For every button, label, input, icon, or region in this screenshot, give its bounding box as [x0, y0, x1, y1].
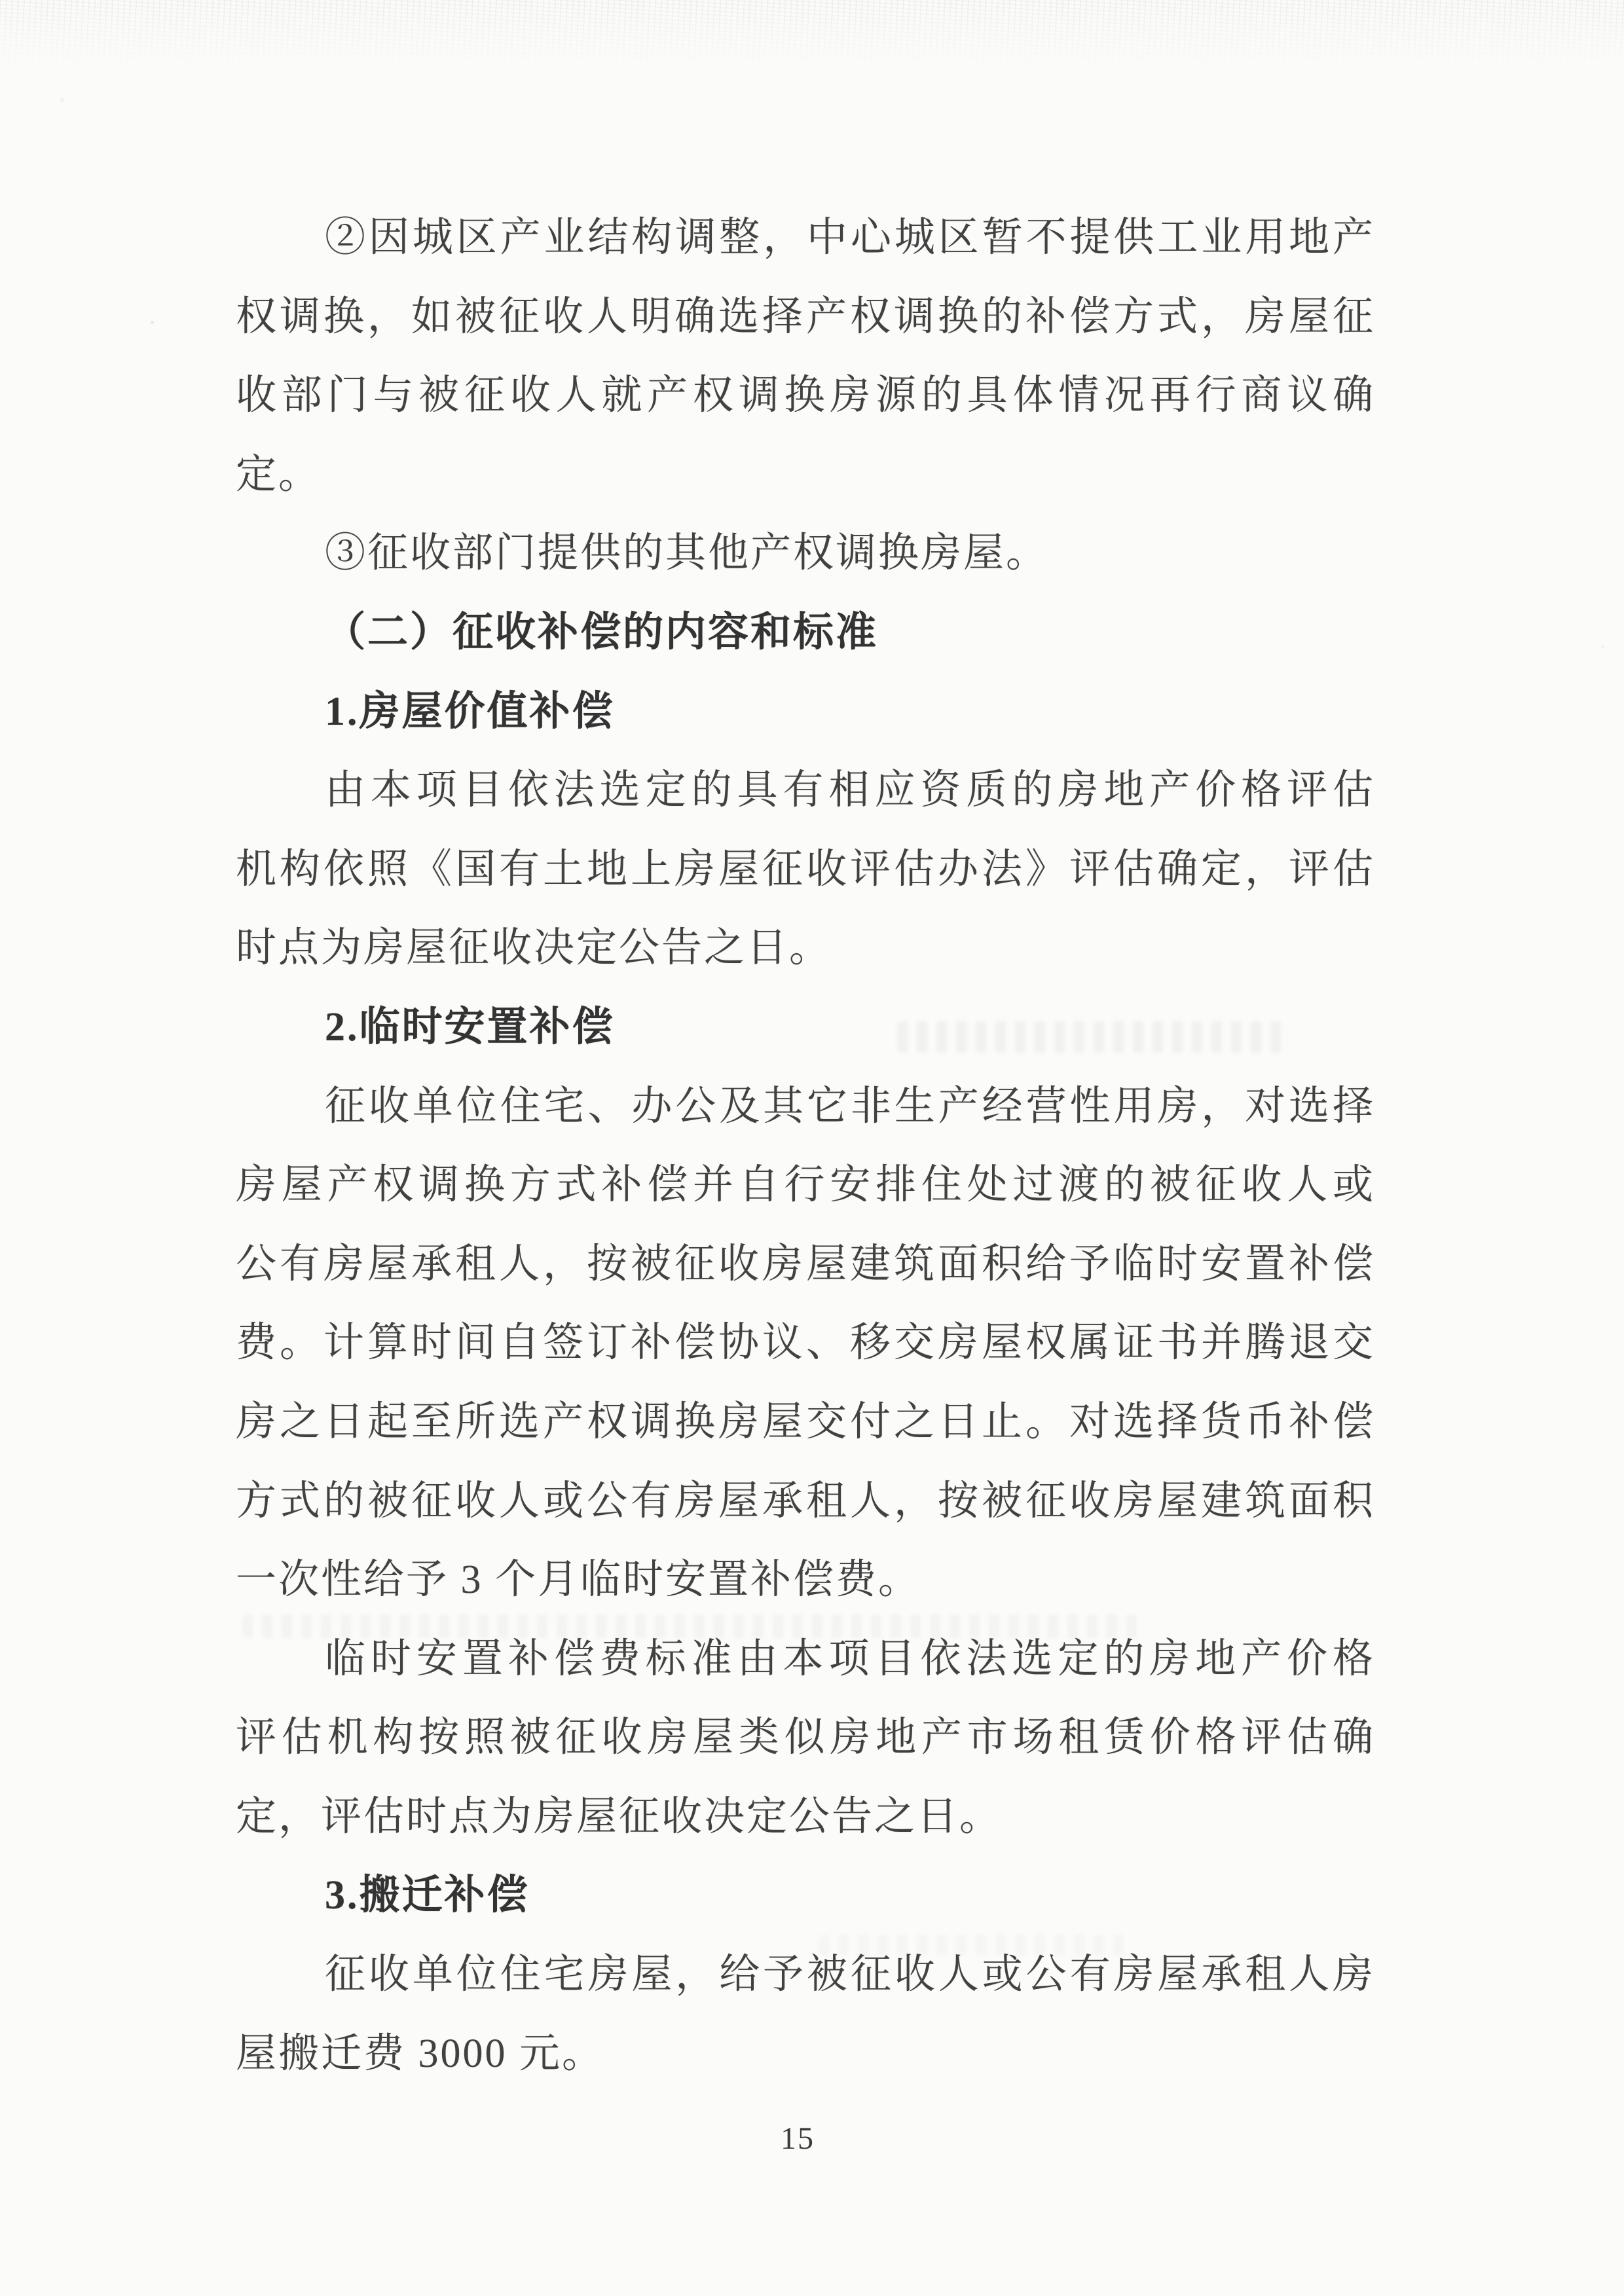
text-line: 一次性给予 3 个月临时安置补偿费。	[236, 1540, 1375, 1620]
text-line: 时点为房屋征收决定公告之日。	[236, 909, 1375, 988]
scan-noise-artifact	[0, 0, 1624, 72]
text-line: 定，评估时点为房屋征收决定公告之日。	[236, 1777, 1375, 1857]
text-line: 公有房屋承租人，按被征收房屋建筑面积给予临时安置补偿	[236, 1225, 1375, 1304]
text-line: 屋搬迁费 3000 元。	[236, 2014, 1375, 2094]
scan-speck	[1601, 645, 1604, 648]
heading-line: 3.搬迁补偿	[236, 1856, 1375, 1935]
text-line: 费。计算时间自签订补偿协议、移交房屋权属证书并腾退交	[236, 1303, 1375, 1383]
scan-speck	[151, 321, 154, 324]
text-line: 定。	[236, 435, 1375, 515]
scan-speck	[60, 98, 64, 102]
heading-line: 2.临时安置补偿	[236, 988, 1375, 1067]
text-line: 收部门与被征收人就产权调换房源的具体情况再行商议确	[236, 356, 1375, 435]
page-number: 15	[0, 2119, 1595, 2159]
text-line: 征收单位住宅房屋，给予被征收人或公有房屋承租人房	[236, 1935, 1375, 2014]
text-line: 征收单位住宅、办公及其它非生产经营性用房，对选择	[236, 1067, 1375, 1146]
document-page: ②因城区产业结构调整，中心城区暂不提供工业用地产权调换，如被征收人明确选择产权调…	[0, 0, 1624, 2296]
text-line: ③征收部门提供的其他产权调换房屋。	[236, 514, 1375, 593]
heading-line: 1.房屋价值补偿	[236, 672, 1375, 752]
text-line: 机构依照《国有土地上房屋征收评估办法》评估确定，评估	[236, 830, 1375, 909]
text-line: 权调换，如被征收人明确选择产权调换的补偿方式，房屋征	[236, 278, 1375, 357]
text-line: 房之日起至所选产权调换房屋交付之日止。对选择货币补偿	[236, 1383, 1375, 1462]
heading-line: （二）征收补偿的内容和标准	[236, 593, 1375, 672]
text-line: 房屋产权调换方式补偿并自行安排住处过渡的被征收人或	[236, 1146, 1375, 1225]
document-body: ②因城区产业结构调整，中心城区暂不提供工业用地产权调换，如被征收人明确选择产权调…	[236, 198, 1375, 2093]
text-line: 由本项目依法选定的具有相应资质的房地产价格评估	[236, 751, 1375, 830]
text-line: 临时安置补偿费标准由本项目依法选定的房地产价格	[236, 1620, 1375, 1699]
text-line: 方式的被征收人或公有房屋承租人，按被征收房屋建筑面积	[236, 1462, 1375, 1541]
text-line: 评估机构按照被征收房屋类似房地产市场租赁价格评估确	[236, 1698, 1375, 1777]
text-line: ②因城区产业结构调整，中心城区暂不提供工业用地产	[236, 198, 1375, 278]
